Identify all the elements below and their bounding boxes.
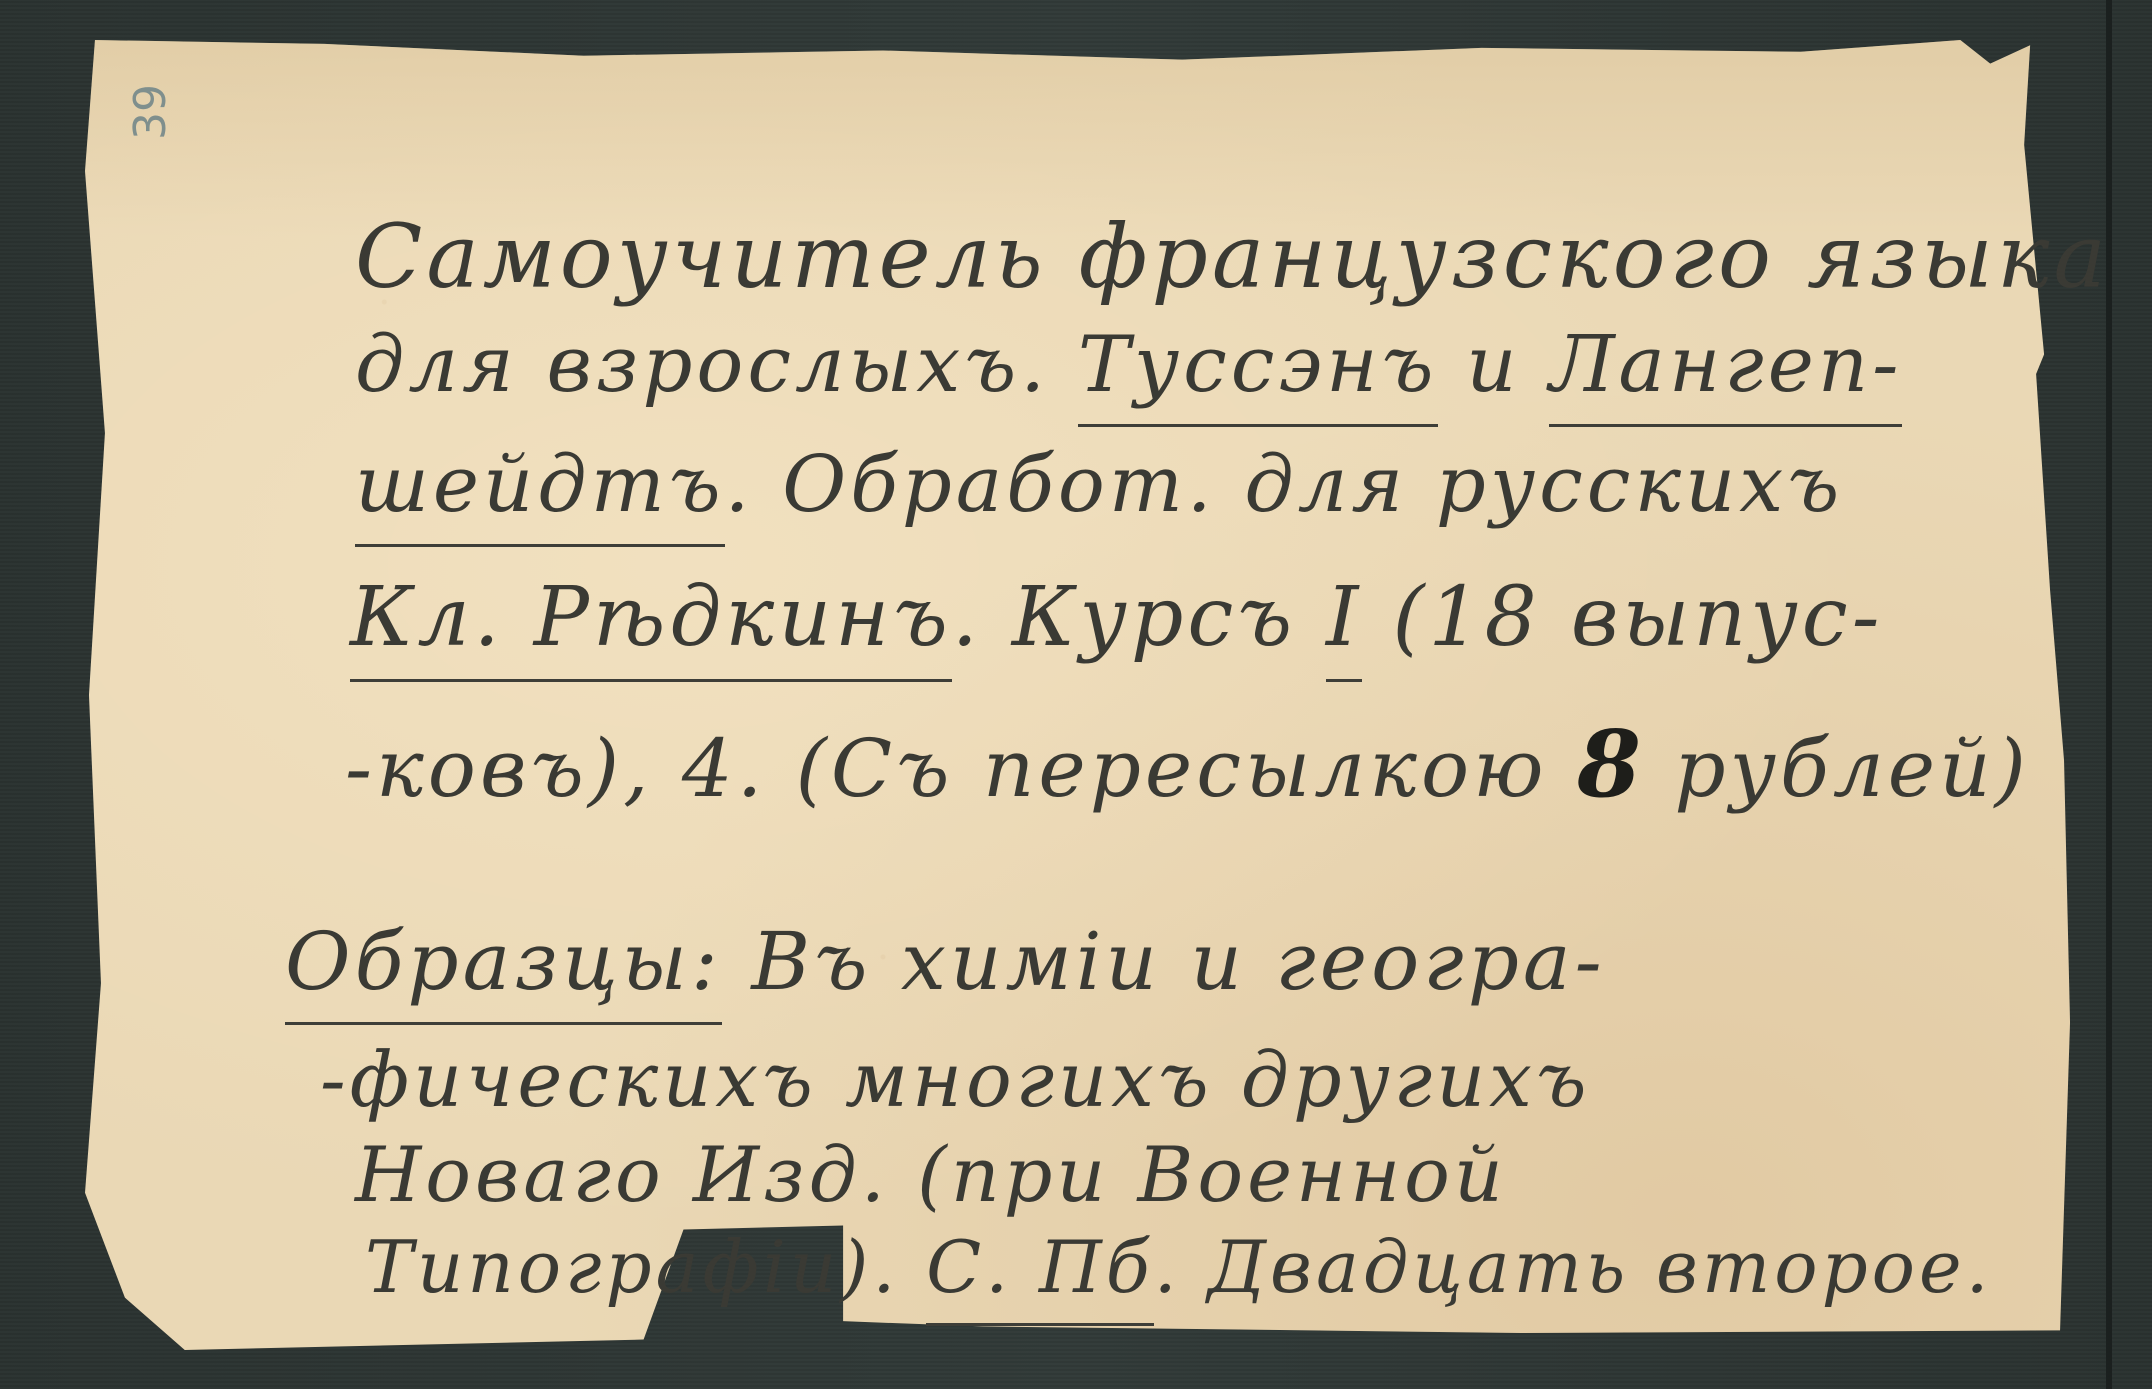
- line-7-text: -фическихъ многихъ другихъ: [320, 1035, 1591, 1124]
- line-4-text-b: (18 выпус-: [1362, 570, 1883, 665]
- line-3: шейдтъ. Обработ. для русскихъ: [355, 440, 1843, 530]
- line-6-text: Въ химiи и геогра-: [722, 915, 1606, 1008]
- line-9-text-b: . Двадцать второе.: [1154, 1225, 1993, 1309]
- author-toussaint: Туссэнъ: [1078, 320, 1438, 427]
- line-2: для взрослыхъ. Туссэнъ и Лангеn-: [355, 320, 1902, 410]
- line-9-text-a: Типографiи).: [365, 1225, 926, 1309]
- archive-page-number: 39: [125, 84, 176, 140]
- line-8-text: Новаго Изд. (при Военной: [355, 1130, 1507, 1219]
- samples-label: Образцы:: [285, 915, 722, 1025]
- line-4: Кл. Рѣдкинъ. Курсъ I (18 выпус-: [350, 570, 1883, 665]
- author-langenscheidt: Лангеn-: [1549, 320, 1902, 427]
- line-9: Типографiи). С. Пб. Двадцать второе.: [365, 1225, 1993, 1309]
- author-langenscheidt-cont: шейдтъ: [355, 440, 725, 547]
- line-1: Самоучитель французского языка: [355, 205, 2110, 308]
- price-rubles: 8: [1577, 710, 1645, 818]
- line-6: Образцы: Въ химiи и геогра-: [285, 915, 1606, 1008]
- line-5-text-b: рублей): [1645, 722, 2030, 815]
- line-4-text-a: . Курсъ: [952, 570, 1326, 665]
- line-2-text-a: для взрослыхъ.: [355, 320, 1078, 410]
- line-8: Новаго Изд. (при Военной: [355, 1130, 1507, 1219]
- line-3-text: . Обработ. для русскихъ: [725, 440, 1844, 530]
- line-7: -фическихъ многихъ другихъ: [320, 1035, 1591, 1124]
- line-1-text: Самоучитель французского языка: [355, 205, 2110, 308]
- course-number: I: [1326, 570, 1362, 682]
- editor-name: Кл. Рѣдкинъ: [350, 570, 952, 682]
- line-5: -ковъ), 4. (Съ пересылкою 8 рублей): [345, 710, 2030, 818]
- line-2-text-b: и: [1438, 320, 1550, 410]
- city-abbrev: С. Пб: [926, 1225, 1154, 1326]
- line-5-text-a: -ковъ), 4. (Съ пересылкою: [345, 722, 1577, 815]
